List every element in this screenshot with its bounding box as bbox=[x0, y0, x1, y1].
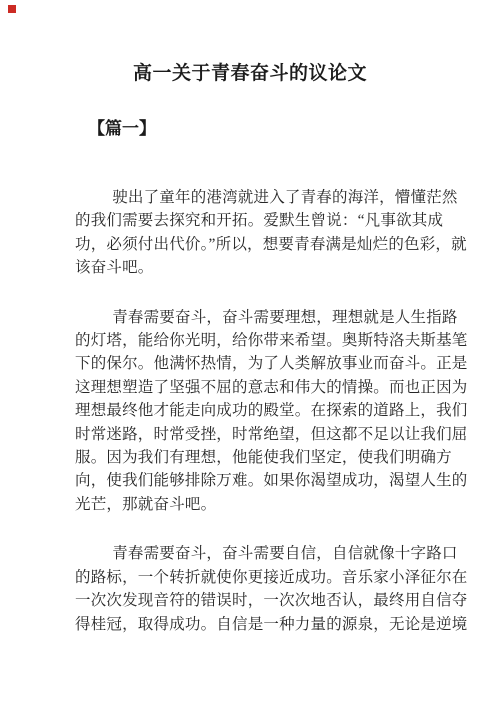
essay-body: 驶出了童年的港湾就进入了青春的海洋，懵懂茫然 的我们需要去探究和开拓。爱默生曾说… bbox=[75, 186, 457, 662]
essay-title: 高一关于青春奋斗的议论文 bbox=[0, 58, 500, 85]
section-heading: 【篇一】 bbox=[88, 114, 156, 139]
essay-paragraph-1: 驶出了童年的港湾就进入了青春的海洋，懵懂茫然 的我们需要去探究和开拓。爱默生曾说… bbox=[75, 186, 457, 280]
document-page: 高一关于青春奋斗的议论文 【篇一】 驶出了童年的港湾就进入了青春的海洋，懵懂茫然… bbox=[0, 0, 500, 707]
corner-mark-icon bbox=[8, 5, 16, 13]
essay-paragraph-2: 青春需要奋斗，奋斗需要理想，理想就是人生指路 的灯塔，能给你光明，给你带来希望。… bbox=[75, 306, 457, 517]
essay-paragraph-3: 青春需要奋斗，奋斗需要自信，自信就像十字路口 的路标，一个转折就使你更接近成功。… bbox=[75, 542, 457, 636]
